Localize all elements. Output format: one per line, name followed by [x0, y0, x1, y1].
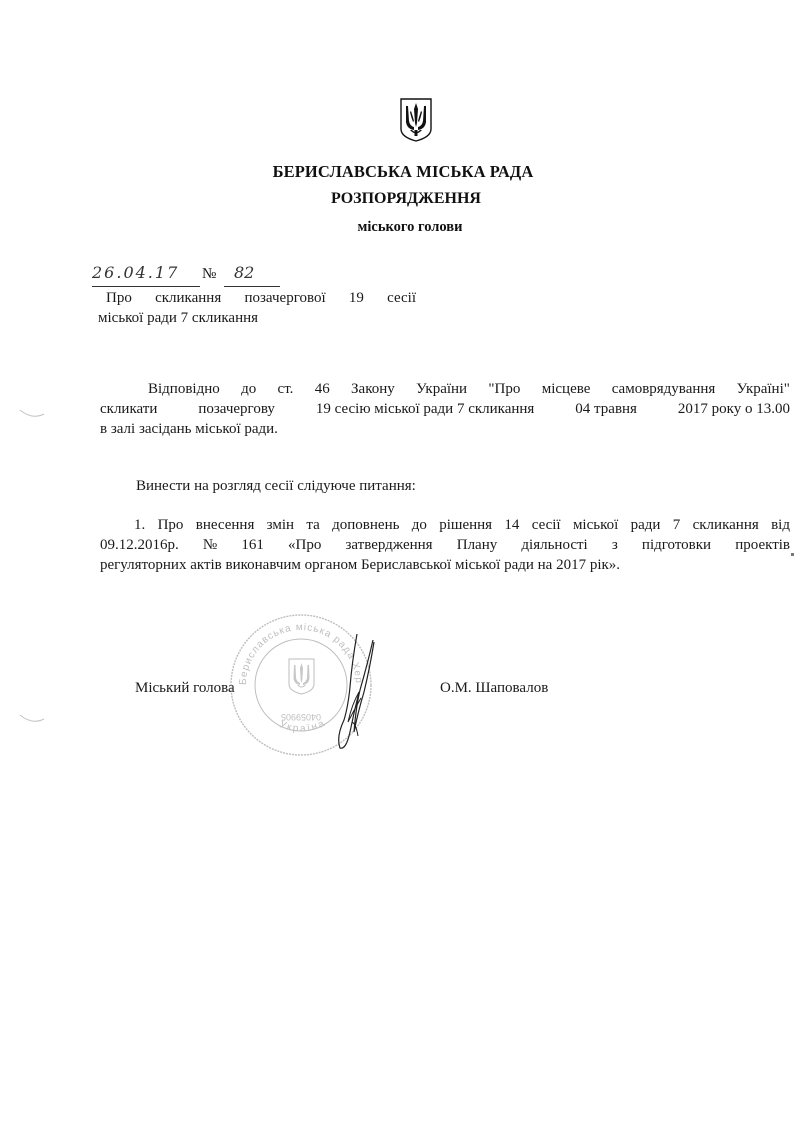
punch-hole-shadow	[18, 713, 48, 732]
word: підготовки	[642, 535, 711, 555]
subject-line-1: Про скликання позачергової 19 сесії	[98, 288, 416, 308]
handwritten-signature-icon	[330, 632, 380, 752]
word: 2017 року о 13.00	[678, 399, 790, 419]
word: проектів	[735, 535, 790, 555]
word: до	[412, 515, 427, 535]
word: сесії	[387, 288, 416, 308]
word: скликати	[100, 399, 157, 419]
word: 161	[241, 535, 264, 555]
word: 09.12.2016р.	[100, 535, 179, 555]
agenda-item-1: 1. Про внесення змін та доповнень до ріш…	[100, 515, 790, 575]
number-sign: №	[202, 266, 216, 283]
word: 1.	[134, 515, 145, 535]
scan-speck	[791, 553, 794, 556]
word: діяльності	[521, 535, 587, 555]
word: "Про	[488, 379, 520, 399]
document-page: БЕРИСЛАВСЬКА МІСЬКА РАДА РОЗПОРЯДЖЕННЯ м…	[0, 0, 800, 1131]
word: від	[771, 515, 790, 535]
word: Про	[158, 515, 184, 535]
word: 19	[349, 288, 364, 308]
word: ради	[631, 515, 661, 535]
word: внесення	[196, 515, 255, 535]
registration-line: 26.04.17 № 82	[90, 262, 280, 288]
word: скликання	[693, 515, 759, 535]
word: позачергової	[244, 288, 325, 308]
paragraph-line: в залі засідань міської ради.	[100, 419, 790, 439]
word: доповнень	[332, 515, 399, 535]
word: ст.	[278, 379, 294, 399]
handwritten-date: 26.04.17	[92, 262, 200, 287]
word: Про	[106, 288, 132, 308]
word: та	[306, 515, 319, 535]
document-type: РОЗПОРЯДЖЕННЯ	[0, 190, 800, 208]
word: змін	[267, 515, 294, 535]
word: №	[203, 535, 217, 555]
paragraph-line: Відповідно до ст. 46 Закону України "Про…	[100, 379, 790, 399]
paragraph-line: скликати позачергову 19 сесію міської ра…	[100, 399, 790, 419]
council-name: БЕРИСЛАВСЬКА МІСЬКА РАДА	[0, 162, 800, 182]
handwritten-number: 82	[224, 262, 280, 287]
signatory-role: Міський голова	[135, 680, 235, 697]
word: рішення	[439, 515, 492, 535]
word: місцеве	[542, 379, 591, 399]
signatory-name: О.М. Шаповалов	[440, 680, 548, 697]
paragraph-convocation: Відповідно до ст. 46 Закону України "Про…	[100, 379, 790, 439]
trident-coat-of-arms-icon	[399, 97, 433, 143]
stamp-trident-icon	[289, 659, 314, 694]
word: позачергову	[198, 399, 275, 419]
word: міської	[573, 515, 618, 535]
word: «Про	[288, 535, 321, 555]
word: 04 травня	[575, 399, 637, 419]
punch-hole-shadow	[18, 408, 48, 427]
word: Закону	[351, 379, 395, 399]
document-subject: Про скликання позачергової 19 сесії місь…	[98, 288, 416, 328]
word: Плану	[457, 535, 498, 555]
word: Відповідно	[148, 379, 220, 399]
word: 19 сесію міської ради 7 скликання	[316, 399, 534, 419]
word: затвердження	[345, 535, 432, 555]
word: скликання	[155, 288, 221, 308]
word: самоврядування	[612, 379, 716, 399]
subject-line-2: міської ради 7 скликання	[98, 308, 416, 328]
word: сесії	[532, 515, 561, 535]
item-line: 1. Про внесення змін та доповнень до ріш…	[100, 515, 790, 535]
word: з	[612, 535, 618, 555]
item-line: 09.12.2016р. № 161 «Про затвердження Пла…	[100, 535, 790, 555]
word: України	[416, 379, 467, 399]
word: Україні"	[737, 379, 790, 399]
word: 46	[315, 379, 330, 399]
item-line: регуляторних актів виконавчим органом Бе…	[100, 555, 790, 575]
word: 14	[504, 515, 519, 535]
word: 7	[673, 515, 681, 535]
stamp-code: 04059905	[281, 712, 321, 722]
paragraph-agenda-intro: Винести на розгляд сесії слідуюче питанн…	[100, 476, 790, 496]
issuer: міського голови	[0, 219, 800, 236]
word: до	[241, 379, 256, 399]
